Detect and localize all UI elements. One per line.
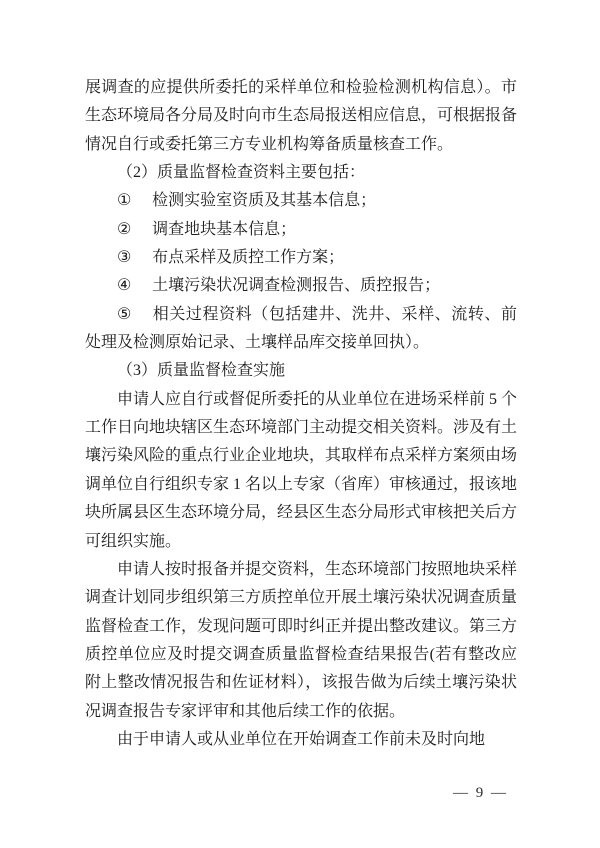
document-body: 展调查的应提供所委托的采样单位和检验检测机构信息）。市生态环境局各分局及时向市生… [85,74,517,754]
page-number: — 9 — [453,785,508,802]
list-item-1: ①检测实验室资质及其基本信息； [85,187,517,215]
list-item-5-text: 相关过程资料（包括建井、洗井、采样、流转、前处理及检测原始记录、土壤样品库交接单… [85,306,517,351]
list-item-4: ④土壤污染状况调查检测报告、质控报告； [85,272,517,300]
list-item-2-text: 调查地块基本信息； [152,221,296,238]
paragraph-body-1: 申请人应自行或督促所委托的从业单位在进场采样前 5 个工作日向地块辖区生态环境部… [85,386,517,556]
section-2-heading: （2）质量监督检查资料主要包括： [85,159,517,187]
paragraph-body-2: 申请人按时报备并提交资料，生态环境部门按照地块采样调查计划同步组织第三方质控单位… [85,556,517,726]
paragraph-continuation: 展调查的应提供所委托的采样单位和检验检测机构信息）。市生态环境局各分局及时向市生… [85,74,517,159]
section-3-heading: （3）质量监督检查实施 [85,357,517,385]
document-page: 展调查的应提供所委托的采样单位和检验检测机构信息）。市生态环境局各分局及时向市生… [0,0,600,848]
list-item-3-text: 布点采样及质控工作方案； [152,249,344,266]
list-item-2: ②调查地块基本信息； [85,216,517,244]
list-item-1-text: 检测实验室资质及其基本信息； [152,192,376,209]
circled-number-2-marker: ② [117,221,131,238]
circled-number-5-marker: ⑤ [117,306,132,323]
list-item-5: ⑤相关过程资料（包括建井、洗井、采样、流转、前处理及检测原始记录、土壤样品库交接… [85,301,517,358]
paragraph-last: 由于申请人或从业单位在开始调查工作前未及时向地 [85,726,517,754]
circled-number-1-marker: ① [117,192,131,209]
list-item-3: ③布点采样及质控工作方案； [85,244,517,272]
circled-number-3-marker: ③ [117,249,131,266]
list-item-4-text: 土壤污染状况调查检测报告、质控报告； [152,277,440,294]
circled-number-4-marker: ④ [117,277,131,294]
